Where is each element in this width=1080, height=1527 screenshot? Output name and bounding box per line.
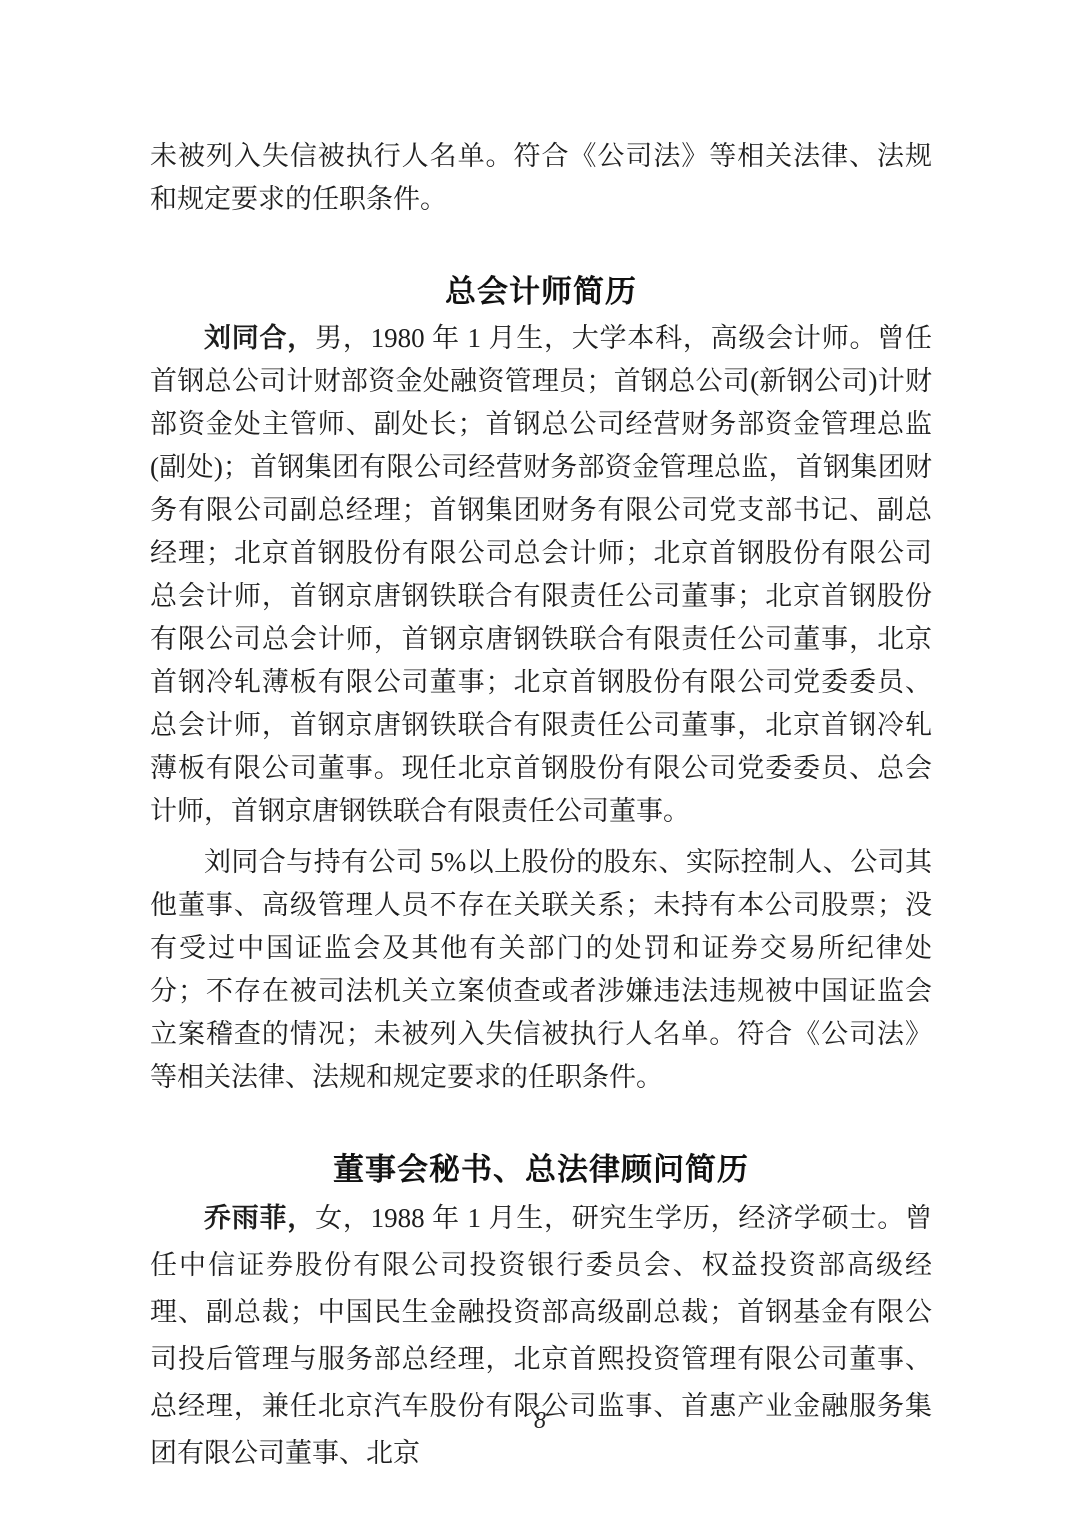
bio-paragraph-liu-tonghe: 刘同合，男，1980 年 1 月生，大学本科，高级会计师。曾任首钢总公司计财部资… — [150, 317, 932, 833]
page-number: 8 — [0, 1408, 1080, 1435]
person-name: 刘同合， — [204, 323, 315, 353]
bio-text: 男，1980 年 1 月生，大学本科，高级会计师。曾任首钢总公司计财部资金处融资… — [150, 323, 932, 826]
compliance-paragraph-liu-tonghe: 刘同合与持有公司 5%以上股份的股东、实际控制人、公司其他董事、高级管理人员不存… — [150, 841, 932, 1099]
page-content: 未被列入失信被执行人名单。符合《公司法》等相关法律、法规和规定要求的任职条件。 … — [150, 135, 932, 1477]
section-heading-board-secretary: 董事会秘书、总法律顾问简历 — [150, 1146, 932, 1194]
person-name: 乔雨菲， — [204, 1203, 315, 1233]
paragraph-continuation: 未被列入失信被执行人名单。符合《公司法》等相关法律、法规和规定要求的任职条件。 — [150, 135, 932, 221]
document-page: 未被列入失信被执行人名单。符合《公司法》等相关法律、法规和规定要求的任职条件。 … — [0, 0, 1080, 1527]
section-heading-chief-accountant: 总会计师简历 — [150, 268, 932, 316]
